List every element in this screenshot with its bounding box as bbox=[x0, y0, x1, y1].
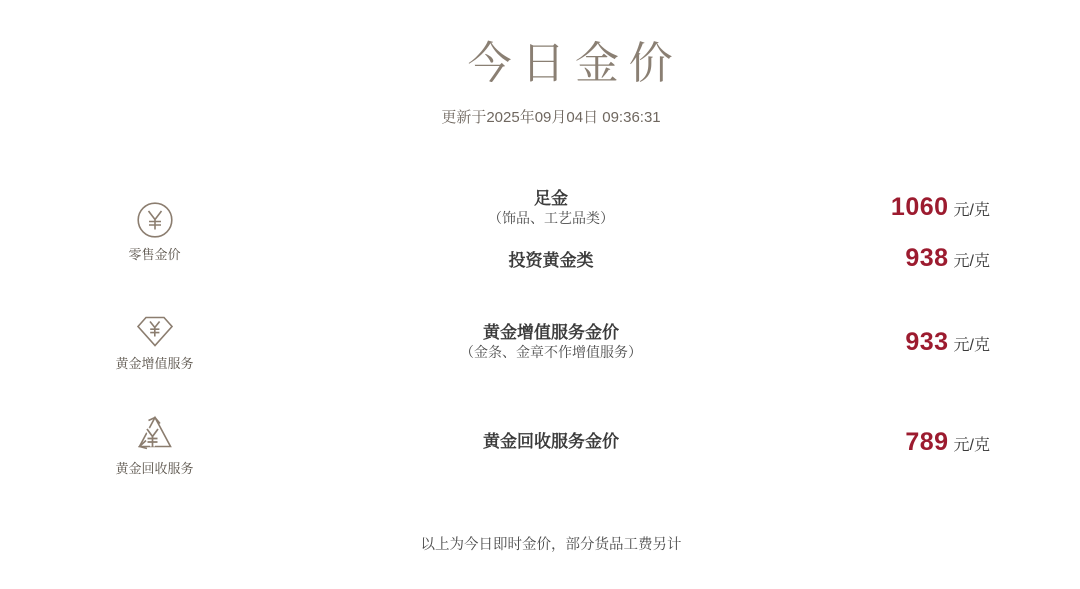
price-row-appreciation: 933 元/克 bbox=[905, 328, 990, 357]
gold-price-page: 今日金价 更新于2025年09月04日 09:36:31 零售金价 足金 （饰品… bbox=[0, 0, 1080, 589]
price-value: 938 bbox=[905, 244, 948, 273]
price-value: 933 bbox=[905, 328, 948, 357]
section-label-recycle: 黄金回收服务 bbox=[115, 458, 193, 477]
price-unit: 元/克 bbox=[954, 332, 990, 355]
footer-note: 以上为今日即时金价，部分货品工费另计 bbox=[22, 533, 1080, 554]
price-unit: 元/克 bbox=[954, 248, 990, 271]
price-unit: 元/克 bbox=[954, 197, 990, 220]
price-row-recycle: 789 元/克 bbox=[905, 428, 990, 457]
price-row-investment-gold: 938 元/克 bbox=[905, 244, 990, 273]
price-row-zujin: 1060 元/克 bbox=[891, 193, 990, 222]
price-value: 789 bbox=[905, 428, 948, 457]
price-value: 1060 bbox=[891, 193, 949, 222]
updated-timestamp: 更新于2025年09月04日 09:36:31 bbox=[22, 106, 1080, 127]
price-unit: 元/克 bbox=[954, 432, 990, 455]
page-title: 今日金价 bbox=[70, 40, 1080, 88]
